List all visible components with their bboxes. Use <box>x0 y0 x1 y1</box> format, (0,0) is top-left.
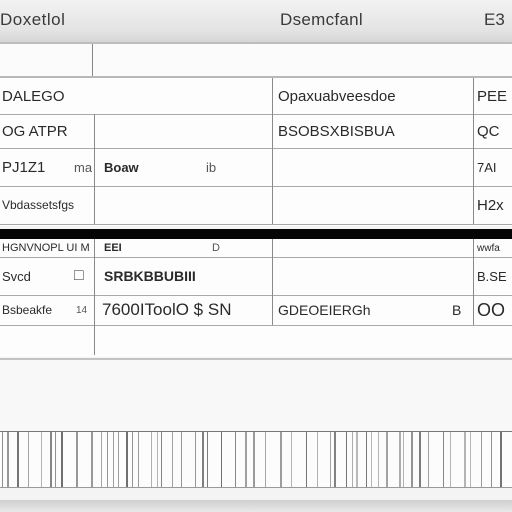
divider <box>272 78 273 114</box>
blank-area <box>0 358 512 432</box>
field-value: BSOBSXBISBUA <box>278 114 468 148</box>
barcode-bar <box>118 432 119 487</box>
divider <box>473 186 474 224</box>
divider <box>94 257 95 295</box>
barcode-bar <box>113 432 114 487</box>
barcode-bar <box>195 432 196 487</box>
field-input[interactable] <box>278 186 468 224</box>
barcode-bar <box>253 432 255 487</box>
field-right: 7AI <box>477 148 512 186</box>
barcode-bar <box>481 432 482 487</box>
barcode-bar <box>17 432 19 487</box>
divider <box>272 148 273 186</box>
barcode-bar <box>306 432 307 487</box>
divider <box>94 295 95 325</box>
divider <box>272 257 273 295</box>
document-header: Doxetlol Dsemcfanl E3 <box>0 0 512 44</box>
barcode-bar <box>317 432 318 487</box>
barcode-bar <box>55 432 56 487</box>
barcode-bar <box>202 432 204 487</box>
field-icon: B <box>452 295 470 325</box>
field-right: QC <box>477 114 512 148</box>
barcode-bar <box>450 432 451 487</box>
barcode-bar <box>428 432 429 487</box>
header-title-center: Dsemcfanl <box>280 10 363 30</box>
barcode-bar <box>419 432 421 487</box>
checkbox-icon[interactable]: □ <box>74 257 92 295</box>
barcode <box>0 431 512 488</box>
checkbox-icon[interactable]: D <box>212 239 228 257</box>
table-row <box>0 325 512 355</box>
barcode-bar <box>352 432 353 487</box>
table-row: OG ATPR BSOBSXBISBUA QC <box>0 114 512 149</box>
barcode-bar <box>221 432 222 487</box>
barcode-bar <box>378 432 379 487</box>
header-strip <box>0 44 512 78</box>
info-icon: ib <box>206 148 226 186</box>
field-value[interactable]: GDEOEIERGh <box>278 295 428 325</box>
barcode-bar <box>157 432 158 487</box>
divider <box>94 325 95 355</box>
barcode-bar <box>386 432 388 487</box>
table-row: DALEGO Opaxuabveesdoe PEE <box>0 78 512 115</box>
field-value[interactable]: SRBKBBUBIII <box>104 257 264 295</box>
divider <box>473 114 474 148</box>
field-label: OG ATPR <box>0 114 94 148</box>
barcode-bar <box>50 432 52 487</box>
divider <box>272 295 273 325</box>
divider <box>473 78 474 114</box>
field-right: PEE <box>477 78 512 114</box>
field-input[interactable] <box>278 148 468 186</box>
barcode-bar <box>181 432 182 487</box>
barcode-bar <box>7 432 9 487</box>
field-label: Bsbeakfe <box>0 295 74 325</box>
barcode-bar <box>371 432 372 487</box>
field-right: OO <box>477 295 512 325</box>
barcode-bar <box>41 432 42 487</box>
divider <box>92 44 93 76</box>
barcode-bar <box>138 432 139 487</box>
field-right: wwfa <box>477 239 512 257</box>
separator-bar <box>0 229 512 239</box>
field-value[interactable]: 7600IToolO $ SN <box>102 295 270 325</box>
header-title-right: E3 <box>484 10 505 30</box>
barcode-bar <box>126 432 128 487</box>
barcode-bar <box>399 432 401 487</box>
field-right: B.SE <box>477 257 512 295</box>
field-label: Vbdassetsfgs <box>0 186 94 224</box>
header-title-left: Doxetlol <box>0 10 65 30</box>
divider <box>473 239 474 257</box>
barcode-bar <box>76 432 78 487</box>
table-row: Bsbeakfe 14 7600IToolO $ SN GDEOEIERGh B… <box>0 295 512 326</box>
barcode-bar <box>346 432 347 487</box>
field-input[interactable] <box>278 257 468 295</box>
field-input[interactable] <box>96 114 270 148</box>
barcode-bar <box>132 432 133 487</box>
divider <box>272 239 273 257</box>
barcode-bar <box>470 432 471 487</box>
divider <box>473 148 474 186</box>
barcode-bar <box>403 432 404 487</box>
barcode-bar <box>245 432 247 487</box>
barcode-bar <box>280 432 282 487</box>
divider <box>272 186 273 224</box>
barcode-bar <box>161 432 162 487</box>
barcode-bar <box>207 432 208 487</box>
field-label: PJ1Z1 <box>0 148 72 186</box>
divider <box>473 257 474 295</box>
divider <box>94 148 95 186</box>
field-value: Opaxuabveesdoe <box>278 78 468 114</box>
table-row: Vbdassetsfgs H2x <box>0 186 512 225</box>
field-label: DALEGO <box>0 78 272 114</box>
barcode-bar <box>291 432 292 487</box>
barcode-bar <box>464 432 466 487</box>
table-row: PJ1Z1 ma Boaw ib 7AI <box>0 148 512 187</box>
field-icon: ma <box>74 148 92 186</box>
footer-strip <box>0 500 512 512</box>
field-label: Svcd <box>0 257 72 295</box>
barcode-bar <box>366 432 367 487</box>
field-icon: 14 <box>76 295 92 325</box>
barcode-bar <box>151 432 152 487</box>
divider <box>272 114 273 148</box>
divider <box>94 239 95 257</box>
barcode-bar <box>28 432 29 487</box>
divider <box>94 186 95 224</box>
barcode-bar <box>91 432 93 487</box>
barcode-bar <box>2 432 3 487</box>
barcode-bar <box>107 432 108 487</box>
barcode-bar <box>411 432 413 487</box>
field-value[interactable]: Boaw <box>104 148 184 186</box>
barcode-bar <box>172 432 173 487</box>
form-table-lower: HGNVNOPL UI M EEI D wwfa Svcd □ SRBKBBUB… <box>0 239 512 357</box>
barcode-bar <box>61 432 63 487</box>
field-value[interactable]: EEI <box>104 239 134 257</box>
field-right: H2x <box>477 186 512 224</box>
divider <box>94 114 95 148</box>
table-row: Svcd □ SRBKBBUBIII B.SE <box>0 257 512 296</box>
barcode-bar <box>443 432 444 487</box>
form-table-upper: DALEGO Opaxuabveesdoe PEE OG ATPR BSOBSX… <box>0 78 512 226</box>
barcode-bar <box>500 432 502 487</box>
barcode-bar <box>265 432 266 487</box>
field-label: HGNVNOPL UI M <box>0 239 94 257</box>
table-row: HGNVNOPL UI M EEI D wwfa <box>0 239 512 258</box>
barcode-bar <box>334 432 336 487</box>
barcode-bar <box>330 432 331 487</box>
barcode-bar <box>356 432 358 487</box>
divider <box>473 295 474 325</box>
barcode-bar <box>101 432 102 487</box>
field-input[interactable] <box>96 186 270 224</box>
barcode-bar <box>235 432 236 487</box>
barcode-bar <box>491 432 492 487</box>
